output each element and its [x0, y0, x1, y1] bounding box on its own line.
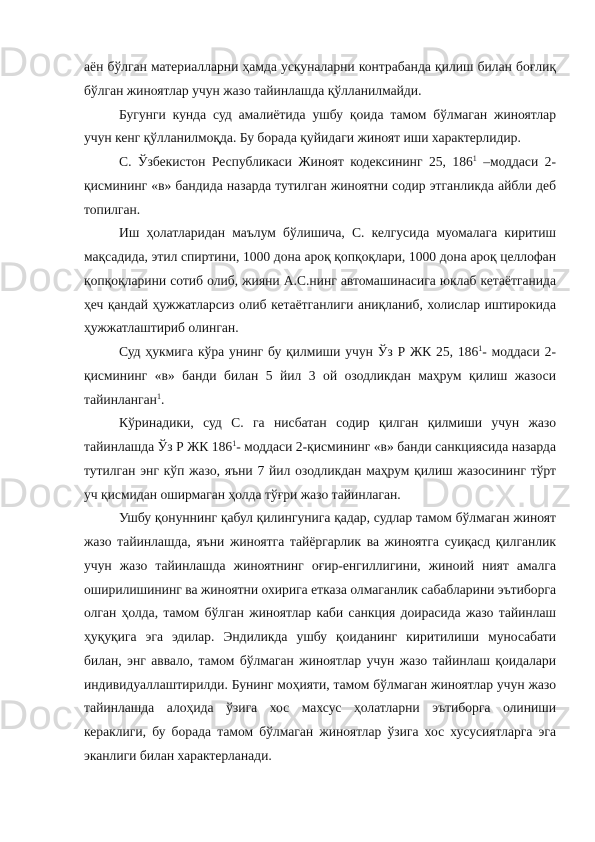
- paragraph: Ушбу қонуннинг қабул қилингунига қадар, …: [84, 506, 556, 767]
- paragraph-text: С. Ўзбекистон Республикаси Жиноят кодекс…: [119, 154, 473, 169]
- paragraph: С. Ўзбекистон Республикаси Жиноят кодекс…: [84, 150, 556, 221]
- paragraph: Кўринадики, суд С. га нисбатан содир қил…: [84, 411, 556, 506]
- paragraph-text: .: [161, 392, 164, 407]
- paragraph-text: Иш ҳолатларидан маълум бўлишича, С. келг…: [84, 225, 556, 335]
- paragraph-text: Суд ҳукмига кўра унинг бу қилмиши учун Ў…: [119, 344, 478, 359]
- paragraph-text: Бугунги кунда суд амалиётида ушбу қоида …: [84, 107, 556, 146]
- paragraph-text: аён бўлган материалларни ҳамда ускуналар…: [84, 59, 556, 98]
- paragraph: Иш ҳолатларидан маълум бўлишича, С. келг…: [84, 221, 556, 340]
- paragraph: Бугунги кунда суд амалиётида ушбу қоида …: [84, 103, 556, 151]
- paragraph: Суд ҳукмига кўра унинг бу қилмиши учун Ў…: [84, 340, 556, 411]
- document-body: аён бўлган материалларни ҳамда ускуналар…: [84, 55, 556, 768]
- paragraph-text: Ушбу қонуннинг қабул қилингунига қадар, …: [84, 510, 556, 763]
- paragraph: аён бўлган материалларни ҳамда ускуналар…: [84, 55, 556, 103]
